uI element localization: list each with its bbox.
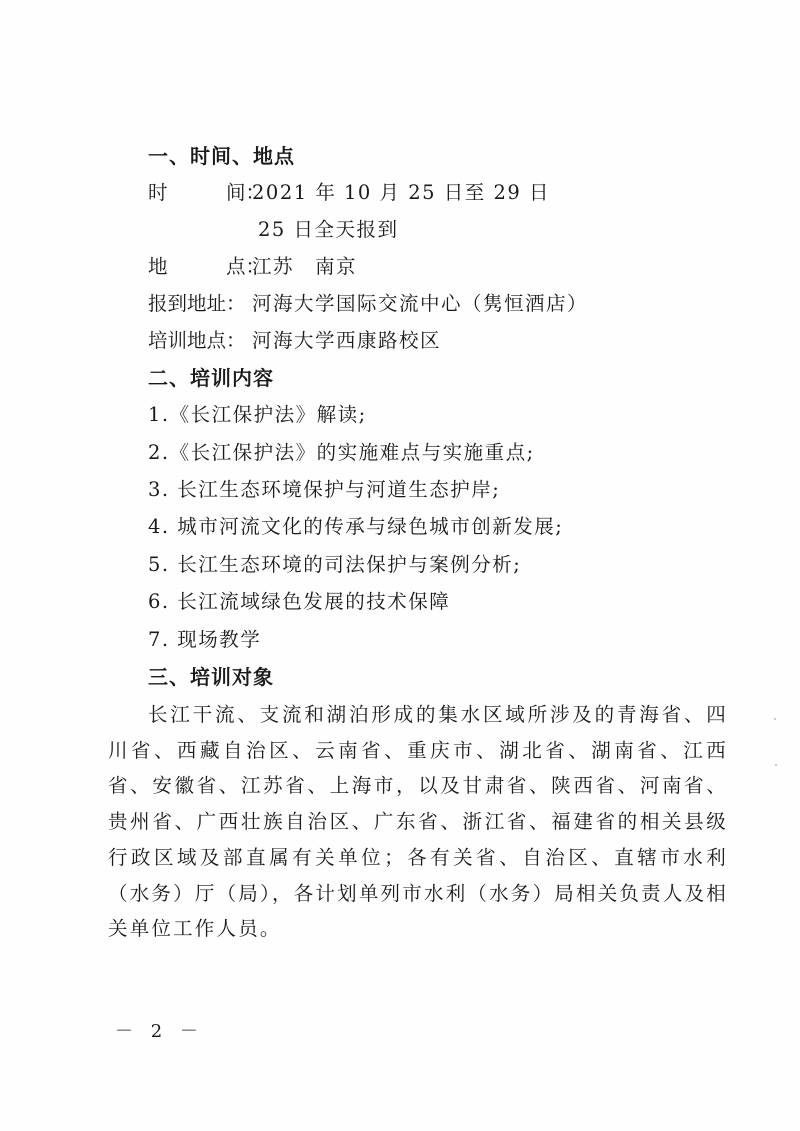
content-item-4: 4. 城市河流文化的传承与绿色城市创新发展; xyxy=(148,514,563,540)
section-3-heading: 三、培训对象 xyxy=(148,664,274,690)
content-item-6: 6. 长江流域绿色发展的技术保障 xyxy=(148,589,450,615)
time-row: 时间：2021 年 10 月 25 日至 29 日 xyxy=(148,180,550,206)
training-place-label: 培训地点： xyxy=(148,328,252,354)
place-value: 江苏 南京 xyxy=(252,255,357,278)
checkin-day: 25 日全天报到 xyxy=(258,217,399,243)
content-item-7: 7. 现场教学 xyxy=(148,627,261,653)
section-1-heading: 一、时间、地点 xyxy=(148,143,295,169)
content-item-1: 1.《长江保护法》解读; xyxy=(148,402,367,428)
content-item-2: 2.《长江保护法》的实施难点与实施重点; xyxy=(148,440,535,466)
checkin-address-value: 河海大学国际交流中心（隽恒酒店） xyxy=(252,292,588,315)
scan-speck xyxy=(774,718,776,720)
content-item-3: 3. 长江生态环境保护与河道生态护岸; xyxy=(148,477,500,503)
place-row: 地点：江苏 南京 xyxy=(148,254,357,280)
scan-speck xyxy=(775,764,777,766)
page-number: － 2 － xyxy=(115,1017,204,1043)
place-label: 地点： xyxy=(148,254,252,280)
document-page: 一、时间、地点 时间：2021 年 10 月 25 日至 29 日 25 日全天… xyxy=(0,0,800,1131)
time-value: 2021 年 10 月 25 日至 29 日 xyxy=(252,181,550,204)
time-label-a: 时 xyxy=(148,180,226,206)
place-label-a: 地 xyxy=(148,254,226,280)
training-place-row: 培训地点：河海大学西康路校区 xyxy=(148,328,441,354)
checkin-address-label: 报到地址： xyxy=(148,291,252,317)
checkin-address-row: 报到地址：河海大学国际交流中心（隽恒酒店） xyxy=(148,291,588,317)
section-2-heading: 二、培训内容 xyxy=(148,365,274,391)
content-item-5: 5. 长江生态环境的司法保护与案例分析; xyxy=(148,552,521,578)
time-label: 时间： xyxy=(148,180,252,206)
training-place-value: 河海大学西康路校区 xyxy=(252,329,441,352)
target-audience-paragraph: 长江干流、支流和湖泊形成的集水区域所涉及的青海省、四川省、西藏自治区、云南省、重… xyxy=(108,697,728,947)
